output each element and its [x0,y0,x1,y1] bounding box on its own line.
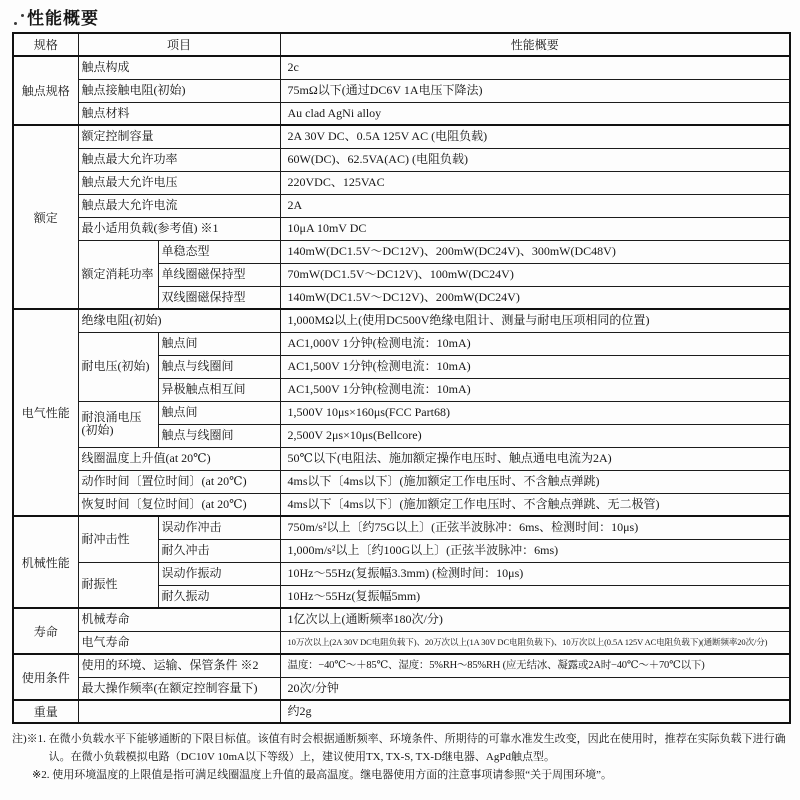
footnote-1-marker: ※1. [27,733,46,745]
value-cell: 4ms以下〔4ms以下〕(施加额定工作电压时、不含触点弹跳、无二极管) [280,493,790,516]
item-cell: 耐电压(初始) [78,332,158,401]
spec-group-life: 寿命 [13,608,78,654]
value-cell: 2A [280,194,790,217]
value-cell: 140mW(DC1.5V～DC12V)、200mW(DC24V)、300mW(D… [280,240,790,263]
subitem-cell: 触点间 [158,332,280,355]
value-cell: 20次/分钟 [280,677,790,700]
table-row: 最大操作频率(在额定控制容量下) 20次/分钟 [13,677,790,700]
item-cell: 额定消耗功率 [78,240,158,309]
table-row: 触点最大允许电压 220VDC、125VAC [13,171,790,194]
spec-group-electrical: 电气性能 [13,309,78,516]
table-row: 触点最大允许功率 60W(DC)、62.5VA(AC) (电阻负载) [13,148,790,171]
header-spec: 规格 [13,33,78,56]
value-cell: 10μA 10mV DC [280,217,790,240]
item-cell: 触点最大允许功率 [78,148,280,171]
table-row: 触点材料 Au clad AgNi alloy [13,102,790,125]
value-cell: 2c [280,56,790,79]
subitem-cell: 双线圈磁保持型 [158,286,280,309]
table-row: 触点规格 触点构成 2c [13,56,790,79]
item-cell: 最小适用负载(参考值) ※1 [78,217,280,240]
footnotes: 注)※1. 在微小负载水平下能够通断的下限目标值。该值有时会根据通断频率、环境条… [12,730,791,784]
table-header-row: 规格 项目 性能概要 [13,33,790,56]
value-cell: 750m/s²以上〔约75G以上〕(正弦半波脉冲：6ms、检测时间：10μs) [280,516,790,539]
value-cell: 60W(DC)、62.5VA(AC) (电阻负载) [280,148,790,171]
spec-group-weight: 重量 [13,700,78,723]
subitem-cell: 耐久振动 [158,585,280,608]
value-cell: 4ms以下〔4ms以下〕(施加额定工作电压时、不含触点弹跳) [280,470,790,493]
value-cell: 2A 30V DC、0.5A 125V AC (电阻负载) [280,125,790,148]
table-row: 电气寿命 10万次以上(2A 30V DC电阻负载下)、20万次以上(1A 30… [13,631,790,654]
table-row: 机械性能 耐冲击性 误动作冲击 750m/s²以上〔约75G以上〕(正弦半波脉冲… [13,516,790,539]
value-cell: AC1,000V 1分钟(检测电流：10mA) [280,332,790,355]
table-row: 动作时间〔置位时间〕(at 20℃) 4ms以下〔4ms以下〕(施加额定工作电压… [13,470,790,493]
page-title: 性能概要 [27,10,99,27]
subitem-cell: 触点与线圈间 [158,424,280,447]
table-row: 额定消耗功率 单稳态型 140mW(DC1.5V～DC12V)、200mW(DC… [13,240,790,263]
header-summary: 性能概要 [280,33,790,56]
table-row: 耐振性 误动作振动 10Hz～55Hz(复振幅3.3mm) (检测时间：10μs… [13,562,790,585]
value-cell: 1,500V 10μs×160μs(FCC Part68) [280,401,790,424]
spec-group-conditions: 使用条件 [13,654,78,700]
value-cell: 140mW(DC1.5V～DC12V)、200mW(DC24V) [280,286,790,309]
item-cell: 触点构成 [78,56,280,79]
value-cell: 约2g [280,700,790,723]
footnote-2: ※2. 使用环境温度的上限值是指可满足线圈温度上升值的最高温度。继电器使用方面的… [32,766,791,784]
item-cell: 绝缘电阻(初始) [78,309,280,332]
item-cell: 使用的环境、运输、保管条件 ※2 [78,654,280,677]
item-cell: 机械寿命 [78,608,280,631]
item-cell: 恢复时间〔复位时间〕(at 20℃) [78,493,280,516]
subitem-cell: 耐久冲击 [158,539,280,562]
item-cell: 触点材料 [78,102,280,125]
table-row: 耐浪涌电压(初始) 触点间 1,500V 10μs×160μs(FCC Part… [13,401,790,424]
value-cell: 70mW(DC1.5V～DC12V)、100mW(DC24V) [280,263,790,286]
subitem-cell: 单稳态型 [158,240,280,263]
value-cell: Au clad AgNi alloy [280,102,790,125]
item-cell: 动作时间〔置位时间〕(at 20℃) [78,470,280,493]
item-cell: 触点最大允许电流 [78,194,280,217]
value-cell: 50℃以下(电阻法、施加额定操作电压时、触点通电电流为2A) [280,447,790,470]
table-row: 额定 额定控制容量 2A 30V DC、0.5A 125V AC (电阻负载) [13,125,790,148]
table-row: 线圈温度上升值(at 20℃) 50℃以下(电阻法、施加额定操作电压时、触点通电… [13,447,790,470]
section-title: 性能概要 [12,5,791,27]
value-cell: 1,000MΩ以上(使用DC500V绝缘电阻计、测量与耐电压项相同的位置) [280,309,790,332]
item-cell: 耐冲击性 [78,516,158,562]
performance-summary-table: 规格 项目 性能概要 触点规格 触点构成 2c 触点接触电阻(初始) 75mΩ以… [12,32,791,724]
value-cell: 220VDC、125VAC [280,171,790,194]
subitem-cell: 单线圈磁保持型 [158,263,280,286]
value-cell: 温度：−40℃～＋85℃、湿度：5%RH～85%RH (应无结冰、凝露或2A时−… [280,654,790,677]
footnote-2-marker: ※2. [32,769,49,781]
table-row: 恢复时间〔复位时间〕(at 20℃) 4ms以下〔4ms以下〕(施加额定工作电压… [13,493,790,516]
subitem-cell: 误动作冲击 [158,516,280,539]
footnote-2-text: 使用环境温度的上限值是指可满足线圈温度上升值的最高温度。继电器使用方面的注意事项… [52,766,791,784]
item-cell: 耐振性 [78,562,158,608]
table-row: 电气性能 绝缘电阻(初始) 1,000MΩ以上(使用DC500V绝缘电阻计、测量… [13,309,790,332]
item-cell: 最大操作频率(在额定控制容量下) [78,677,280,700]
table-row: 耐电压(初始) 触点间 AC1,000V 1分钟(检测电流：10mA) [13,332,790,355]
value-cell: 10万次以上(2A 30V DC电阻负载下)、20万次以上(1A 30V DC电… [280,631,790,654]
item-cell: 触点接触电阻(初始) [78,79,280,102]
footnote-1: 注)※1. 在微小负载水平下能够通断的下限目标值。该值有时会根据通断频率、环境条… [12,730,791,766]
subitem-cell: 异极触点相互间 [158,378,280,401]
value-cell: 1,000m/s²以上〔约100G以上〕(正弦半波脉冲：6ms) [280,539,790,562]
footnote-lead: 注) [12,733,27,745]
item-cell: 触点最大允许电压 [78,171,280,194]
value-cell: 2,500V 2μs×10μs(Bellcore) [280,424,790,447]
spec-group-contact: 触点规格 [13,56,78,125]
value-cell: 10Hz～55Hz(复振幅5mm) [280,585,790,608]
spec-group-rating: 额定 [13,125,78,309]
table-row: 触点接触电阻(初始) 75mΩ以下(通过DC6V 1A电压下降法) [13,79,790,102]
value-cell: AC1,500V 1分钟(检测电流：10mA) [280,378,790,401]
subitem-cell: 触点间 [158,401,280,424]
footnote-1-text: 在微小负载水平下能够通断的下限目标值。该值有时会根据通断频率、环境条件、所期待的… [49,730,791,766]
table-row: 使用条件 使用的环境、运输、保管条件 ※2 温度：−40℃～＋85℃、湿度：5%… [13,654,790,677]
item-cell: 额定控制容量 [78,125,280,148]
subitem-cell: 触点与线圈间 [158,355,280,378]
header-item: 项目 [78,33,280,56]
value-cell: 1亿次以上(通断频率180次/分) [280,608,790,631]
datasheet-page: 性能概要 规格 项目 性能概要 触点规格 触点构成 2c 触点接触电阻(初始) … [0,0,800,784]
value-cell: 10Hz～55Hz(复振幅3.3mm) (检测时间：10μs) [280,562,790,585]
item-cell [78,700,280,723]
subitem-cell: 误动作振动 [158,562,280,585]
table-row: 最小适用负载(参考值) ※1 10μA 10mV DC [13,217,790,240]
table-row: 触点最大允许电流 2A [13,194,790,217]
value-cell: 75mΩ以下(通过DC6V 1A电压下降法) [280,79,790,102]
value-cell: AC1,500V 1分钟(检测电流：10mA) [280,355,790,378]
item-cell: 线圈温度上升值(at 20℃) [78,447,280,470]
item-cell: 耐浪涌电压(初始) [78,401,158,447]
spec-group-mechanical: 机械性能 [13,516,78,608]
table-row: 寿命 机械寿命 1亿次以上(通断频率180次/分) [13,608,790,631]
title-marker-icon [12,10,27,27]
table-row: 重量 约2g [13,700,790,723]
item-cell: 电气寿命 [78,631,280,654]
